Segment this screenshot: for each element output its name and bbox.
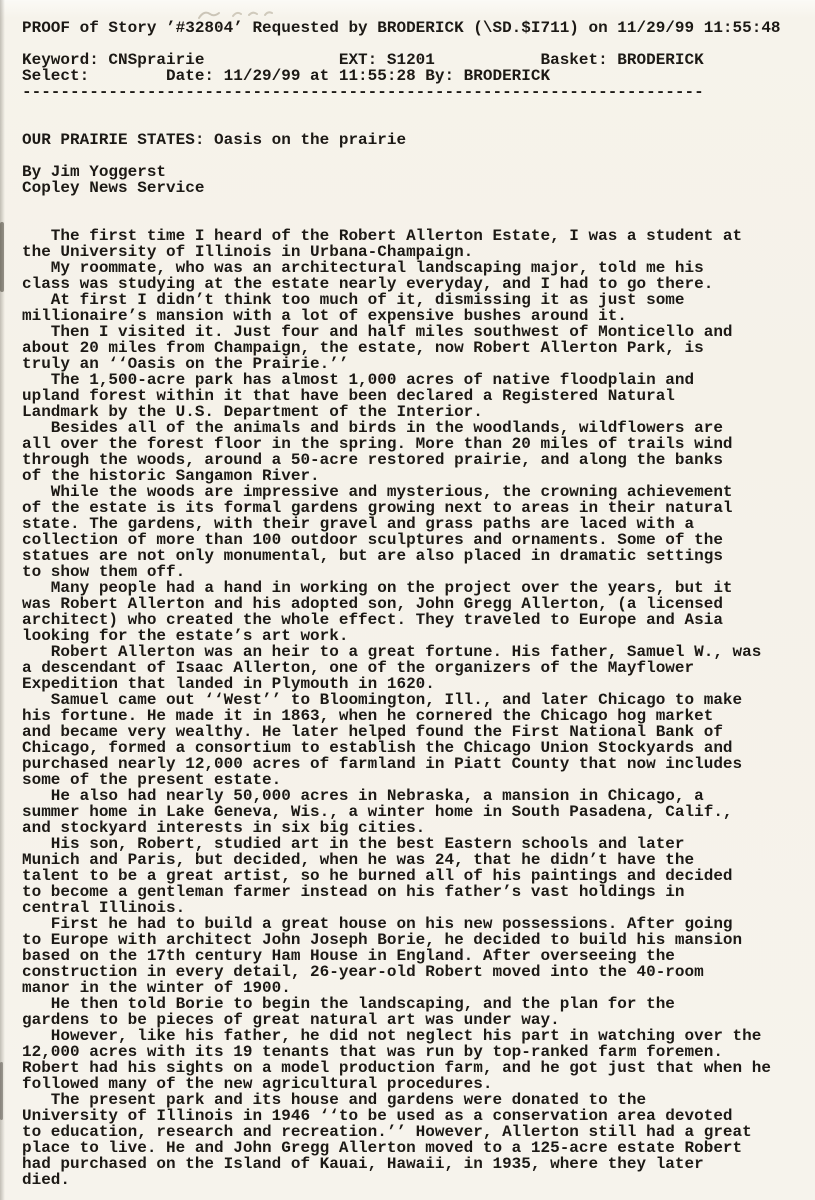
- story-body-line: central Illinois.: [22, 900, 795, 916]
- story-body-line: to Europe with architect John Joseph Bor…: [22, 932, 795, 948]
- story-body-line: manor in the winter of 1900.: [22, 980, 795, 996]
- story-body-line: Besides all of the animals and birds in …: [22, 420, 795, 436]
- story-body-line: through the woods, around a 50-acre rest…: [22, 452, 795, 468]
- story-body-line: to show them off.: [22, 564, 795, 580]
- story-body-line: He also had nearly 50,000 acres in Nebra…: [22, 788, 795, 804]
- story-body-line: Landmark by the U.S. Department of the I…: [22, 404, 795, 420]
- story-body-line: construction in every detail, 26-year-ol…: [22, 964, 795, 980]
- story-body-line: My roommate, who was an architectural la…: [22, 260, 795, 276]
- story-body-line: The present park and its house and garde…: [22, 1092, 795, 1108]
- story-body-line: about 20 miles from Champaign, the estat…: [22, 340, 795, 356]
- story-body-line: The first time I heard of the Robert All…: [22, 228, 795, 244]
- story-body-line: all over the forest floor in the spring.…: [22, 436, 795, 452]
- story-body-line: Many people had a hand in working on the…: [22, 580, 795, 596]
- story-body-line: of the estate is its formal gardens grow…: [22, 500, 795, 516]
- story-body: The first time I heard of the Robert All…: [22, 228, 795, 1188]
- story-body-line: talent to be a great artist, so he burne…: [22, 868, 795, 884]
- story-body-line: Samuel came out ‘‘West’’ to Bloomington,…: [22, 692, 795, 708]
- story-body-line: of the historic Sangamon River.: [22, 468, 795, 484]
- story-body-line: gardens to be pieces of great natural ar…: [22, 1012, 795, 1028]
- story-body-line: However, like his father, he did not neg…: [22, 1028, 795, 1044]
- story-body-line: state. The gardens, with their gravel an…: [22, 516, 795, 532]
- story-body-line: Then I visited it. Just four and half mi…: [22, 324, 795, 340]
- pencil-mark: [195, 6, 285, 24]
- story-body-line: 12,000 acres with its 19 tenants that wa…: [22, 1044, 795, 1060]
- story-byline: By Jim Yoggerst: [22, 164, 795, 180]
- story-body-line: His son, Robert, studied art in the best…: [22, 836, 795, 852]
- story-body-line: Chicago, formed a consortium to establis…: [22, 740, 795, 756]
- story-body-line: class was studying at the estate nearly …: [22, 276, 795, 292]
- scan-edge-smudge: [0, 222, 4, 292]
- proof-document-page: PROOF of Story ’#32804’ Requested by BRO…: [0, 0, 815, 1200]
- story-headline: OUR PRAIRIE STATES: Oasis on the prairie: [22, 132, 795, 148]
- select-date-line: Select: Date: 11/29/99 at 11:55:28 By: B…: [22, 68, 795, 84]
- proof-header-line: PROOF of Story ’#32804’ Requested by BRO…: [22, 20, 795, 36]
- story-body-line: First he had to build a great house on h…: [22, 916, 795, 932]
- story-body-line: While the woods are impressive and myste…: [22, 484, 795, 500]
- story-metadata-block: Keyword: CNSprairie EXT: S1201 Basket: B…: [22, 52, 795, 100]
- scan-edge-shadow: [0, 0, 5, 1200]
- story-body-line: his fortune. He made it in 1863, when he…: [22, 708, 795, 724]
- story-body-line: the University of Illinois in Urbana-Cha…: [22, 244, 795, 260]
- story-body-line: Expedition that landed in Plymouth in 16…: [22, 676, 795, 692]
- story-body-line: Robert had his sights on a model product…: [22, 1060, 795, 1076]
- story-body-line: place to live. He and John Gregg Allerto…: [22, 1140, 795, 1156]
- story-body-line: looking for the estate’s art work.: [22, 628, 795, 644]
- keyword-line: Keyword: CNSprairie EXT: S1201 Basket: B…: [22, 52, 795, 68]
- story-body-line: At first I didn’t think too much of it, …: [22, 292, 795, 308]
- byline-block: By Jim Yoggerst Copley News Service: [22, 164, 795, 196]
- story-credit: Copley News Service: [22, 180, 795, 196]
- story-body-line: to education, research and recreation.’’…: [22, 1124, 795, 1140]
- story-body-line: died.: [22, 1172, 795, 1188]
- story-body-line: University of Illinois in 1946 ‘‘to be u…: [22, 1108, 795, 1124]
- story-body-line: and stockyard interests in six big citie…: [22, 820, 795, 836]
- story-body-line: had purchased on the Island of Kauai, Ha…: [22, 1156, 795, 1172]
- story-body-line: to become a gentleman farmer instead on …: [22, 884, 795, 900]
- story-body-line: based on the 17th century Ham House in E…: [22, 948, 795, 964]
- divider-line: ----------------------------------------…: [22, 84, 795, 100]
- story-body-line: summer home in Lake Geneva, Wis., a wint…: [22, 804, 795, 820]
- story-body-line: a descendant of Isaac Allerton, one of t…: [22, 660, 795, 676]
- story-body-line: purchased nearly 12,000 acres of farmlan…: [22, 756, 795, 772]
- story-body-line: architect) who created the whole effect.…: [22, 612, 795, 628]
- story-body-line: followed many of the new agricultural pr…: [22, 1076, 795, 1092]
- story-body-line: truly an ‘‘Oasis on the Prairie.’’: [22, 356, 795, 372]
- story-body-line: Munich and Paris, but decided, when he w…: [22, 852, 795, 868]
- story-body-line: statues are not only monumental, but are…: [22, 548, 795, 564]
- scan-edge-smudge: [0, 1062, 3, 1120]
- story-body-line: was Robert Allerton and his adopted son,…: [22, 596, 795, 612]
- story-body-line: collection of more than 100 outdoor scul…: [22, 532, 795, 548]
- story-body-line: The 1,500-acre park has almost 1,000 acr…: [22, 372, 795, 388]
- story-body-line: millionaire’s mansion with a lot of expe…: [22, 308, 795, 324]
- story-body-line: Robert Allerton was an heir to a great f…: [22, 644, 795, 660]
- story-body-line: upland forest within it that have been d…: [22, 388, 795, 404]
- story-body-line: and became very wealthy. He later helped…: [22, 724, 795, 740]
- story-body-line: some of the present estate.: [22, 772, 795, 788]
- story-body-line: He then told Borie to begin the landscap…: [22, 996, 795, 1012]
